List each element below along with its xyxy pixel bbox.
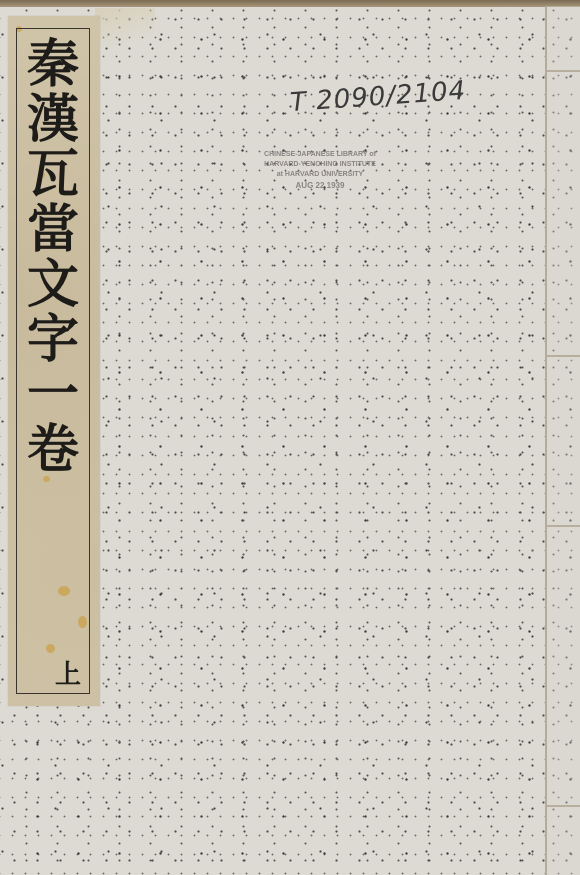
title-char: 當: [27, 202, 79, 257]
stamp-line: HARVARD-YENCHING INSTITUTE: [255, 160, 385, 170]
title-char: 文: [27, 257, 79, 312]
binding-stitch: [547, 805, 580, 807]
binding-stitch: [547, 70, 580, 72]
title-char: 字: [27, 312, 79, 367]
top-edge: [0, 0, 580, 7]
binding-stitch: [547, 355, 580, 357]
title-char: 秦: [27, 37, 79, 92]
binding-stitch: [547, 525, 580, 527]
call-number: T 2090/2104: [289, 76, 467, 118]
title-char: 一: [27, 367, 79, 422]
book-cover: 秦 漢 瓦 當 文 字 一 卷 上 T 2090/2104 CHINESE-JA…: [0, 0, 580, 875]
title-char: 卷: [27, 422, 79, 477]
paper-tear: [95, 8, 155, 48]
title-char: 漢: [27, 92, 79, 147]
title-char: 瓦: [27, 147, 79, 202]
stamp-line: at HARVARD UNIVERSITY: [255, 170, 385, 180]
volume-mark: 上: [55, 654, 81, 691]
spine-strip: [547, 6, 580, 875]
slip-frame: 秦 漢 瓦 當 文 字 一 卷 上: [16, 28, 90, 694]
book-title: 秦 漢 瓦 當 文 字 一 卷: [17, 37, 89, 477]
stamp-date: AUG 22 1939: [255, 181, 385, 191]
library-stamp: CHINESE-JAPANESE LIBRARY of HARVARD-YENC…: [255, 150, 385, 191]
stamp-line: CHINESE-JAPANESE LIBRARY of: [255, 150, 385, 160]
title-slip: 秦 漢 瓦 當 文 字 一 卷 上: [8, 16, 100, 706]
spine-binding-line: [545, 6, 547, 875]
